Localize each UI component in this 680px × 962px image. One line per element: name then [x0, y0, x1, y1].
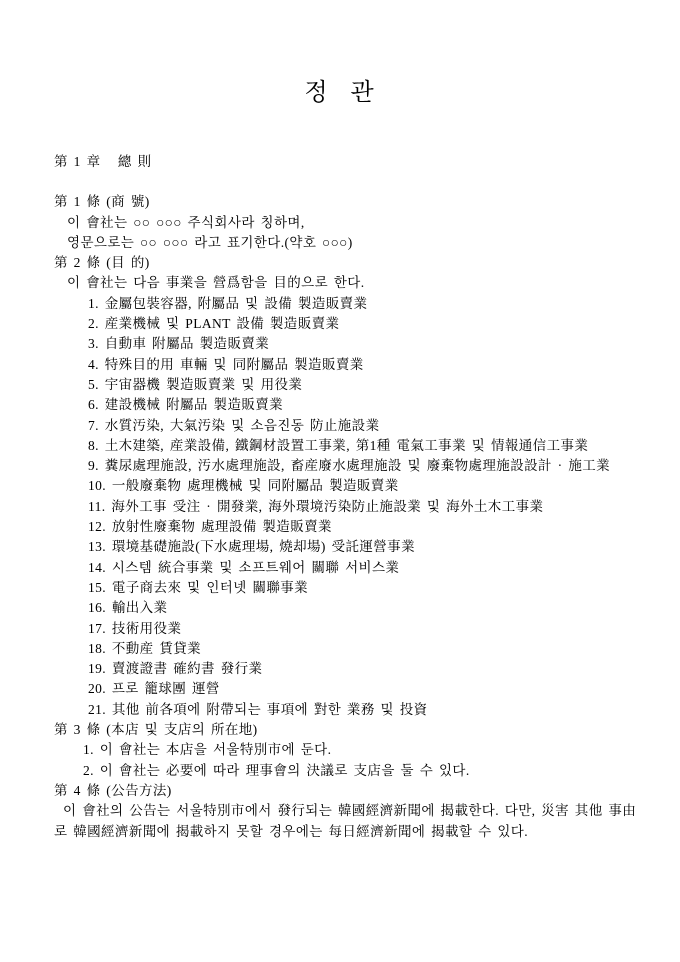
- article-3: 第 3 條 (本店 및 支店의 所在地) 1. 이 會社는 本店을 서울特別市에…: [0, 720, 680, 781]
- article-2-heading: 第 2 條 (目 的): [54, 253, 680, 273]
- business-item: 2. 産業機械 및 PLANT 設備 製造販賣業: [88, 314, 680, 334]
- article-4: 第 4 條 (公告方法) 이 會社의 公告는 서울特別市에서 發行되는 韓國經濟…: [0, 781, 680, 842]
- article-2: 第 2 條 (目 的) 이 會社는 다음 事業을 營爲함을 目的으로 한다. 1…: [0, 253, 680, 720]
- chapter-1-heading: 第 1 章 總 則: [54, 152, 680, 172]
- article-1-line: 영문으로는 ○○ ○○○ 라고 표기한다.(약호 ○○○): [67, 233, 680, 253]
- business-item: 11. 海外工事 受注 · 開發業, 海外環境汚染防止施設業 및 海外土木工事業: [88, 497, 680, 517]
- article-3-item: 1. 이 會社는 本店을 서울特別市에 둔다.: [83, 740, 680, 760]
- article-1-line: 이 會社는 ○○ ○○○ 주식회사라 칭하며,: [67, 213, 680, 233]
- business-item: 6. 建設機械 附屬品 製造販賣業: [88, 395, 680, 415]
- article-1: 第 1 條 (商 號) 이 會社는 ○○ ○○○ 주식회사라 칭하며, 영문으로…: [0, 192, 680, 253]
- document-page: 정 관 第 1 章 總 則 第 1 條 (商 號) 이 會社는 ○○ ○○○ 주…: [0, 0, 680, 962]
- article-3-heading: 第 3 條 (本店 및 支店의 所在地): [54, 720, 680, 740]
- article-1-heading: 第 1 條 (商 號): [54, 192, 680, 212]
- business-item: 18. 不動産 賃貸業: [88, 639, 680, 659]
- business-item: 4. 特殊目的用 車輛 및 同附屬品 製造販賣業: [88, 355, 680, 375]
- business-item: 10. 一般廢棄物 處理機械 및 同附屬品 製造販賣業: [88, 476, 680, 496]
- article-4-line: 로 韓國經濟新聞에 揭載하지 못할 경우에는 每日經濟新聞에 揭載할 수 있다.: [54, 822, 680, 842]
- business-item: 14. 시스템 統合事業 및 소프트웨어 關聯 서비스業: [88, 558, 680, 578]
- business-item: 13. 環境基礎施設(下水處理場, 燒却場) 受託運營事業: [88, 537, 680, 557]
- business-item: 20. 프로 籠球團 運營: [88, 679, 680, 699]
- business-item: 7. 水質汚染, 大氣汚染 및 소음진동 防止施設業: [88, 416, 680, 436]
- article-2-intro: 이 會社는 다음 事業을 營爲함을 目的으로 한다.: [67, 273, 680, 293]
- business-item: 16. 輸出入業: [88, 598, 680, 618]
- business-item: 3. 自動車 附屬品 製造販賣業: [88, 334, 680, 354]
- business-item: 19. 賣渡證書 確約書 發行業: [88, 659, 680, 679]
- business-item: 8. 土木建築, 産業設備, 鐵鋼材設置工事業, 第1種 電氣工事業 및 情報通…: [88, 436, 680, 456]
- business-item: 15. 電子商去來 및 인터넷 關聯事業: [88, 578, 680, 598]
- business-item: 9. 糞尿處理施設, 汚水處理施設, 畜産廢水處理施設 및 廢棄物處理施設設計 …: [88, 456, 680, 476]
- business-item: 5. 宇宙器機 製造販賣業 및 用役業: [88, 375, 680, 395]
- article-3-item: 2. 이 會社는 必要에 따라 理事會의 決議로 支店을 둘 수 있다.: [83, 761, 680, 781]
- article-4-line: 이 會社의 公告는 서울特別市에서 發行되는 韓國經濟新聞에 揭載한다. 다만,…: [63, 801, 680, 821]
- business-item: 17. 技術用役業: [88, 619, 680, 639]
- document-title: 정 관: [0, 80, 680, 106]
- article-4-heading: 第 4 條 (公告方法): [54, 781, 680, 801]
- business-item: 1. 金屬包裝容器, 附屬品 및 設備 製造販賣業: [88, 294, 680, 314]
- business-item: 21. 其他 前各項에 附帶되는 事項에 對한 業務 및 投資: [88, 700, 680, 720]
- business-item: 12. 放射性廢棄物 處理設備 製造販賣業: [88, 517, 680, 537]
